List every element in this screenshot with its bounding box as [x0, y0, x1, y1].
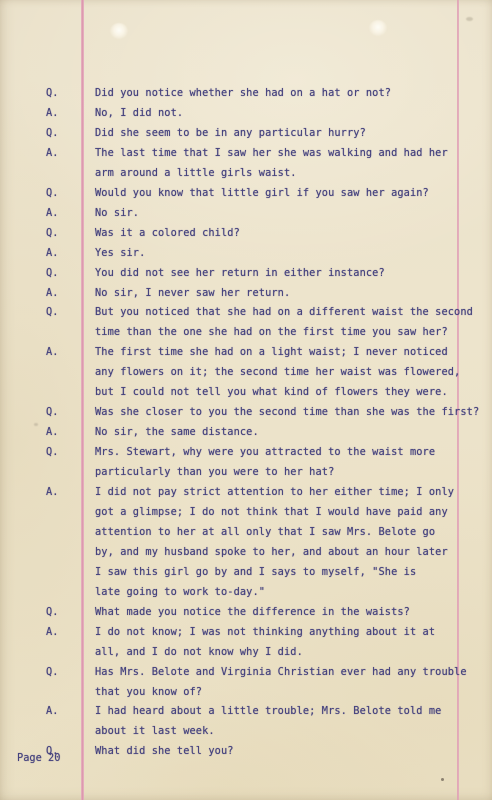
line-text: that you know of?	[95, 686, 486, 699]
transcript-line: A.No sir, I never saw her return.	[46, 287, 486, 300]
line-text: Has Mrs. Belote and Virginia Christian e…	[95, 666, 486, 679]
speaker-label: A.	[46, 147, 95, 160]
line-text: Yes sir.	[95, 247, 486, 260]
line-text: I saw this girl go by and I says to myse…	[95, 566, 486, 579]
line-text: any flowers on it; the second time her w…	[95, 366, 486, 379]
speaker-label: A.	[46, 107, 95, 120]
line-text: I did not pay strict attention to her ei…	[95, 486, 486, 499]
transcript-line: particularly than you were to her hat?	[46, 466, 486, 479]
transcript-line: A.No, I did not.	[46, 107, 486, 120]
transcript-line: Q.Was it a colored child?	[46, 227, 486, 240]
speaker-label: Q.	[46, 267, 95, 280]
line-text: What made you notice the difference in t…	[95, 606, 486, 619]
transcript-line: A.I do not know; I was not thinking anyt…	[46, 626, 486, 639]
line-text: But you noticed that she had on a differ…	[95, 306, 486, 319]
transcript-line: any flowers on it; the second time her w…	[46, 366, 486, 379]
document-page: Q.Did you notice whether she had on a ha…	[0, 0, 492, 800]
speaker-label: A.	[46, 486, 95, 499]
speaker-label: Q.	[46, 606, 95, 619]
speaker-label: A.	[46, 287, 95, 300]
transcript-line: that you know of?	[46, 686, 486, 699]
transcript: Q.Did you notice whether she had on a ha…	[0, 0, 492, 800]
transcript-line: Q.Mrs. Stewart, why were you attracted t…	[46, 446, 486, 459]
line-text: No sir, the same distance.	[95, 426, 486, 439]
line-text: Would you know that little girl if you s…	[95, 187, 486, 200]
line-text: Mrs. Stewart, why were you attracted to …	[95, 446, 486, 459]
line-text: late going to work to-day."	[95, 586, 486, 599]
line-text: arm around a little girls waist.	[95, 167, 486, 180]
speaker-label: Q.	[46, 406, 95, 419]
transcript-line: time than the one she had on the first t…	[46, 326, 486, 339]
line-text: No sir, I never saw her return.	[95, 287, 486, 300]
line-text: by, and my husband spoke to her, and abo…	[95, 546, 486, 559]
transcript-line: got a glimpse; I do not think that I wou…	[46, 506, 486, 519]
speaker-label: A.	[46, 346, 95, 359]
speaker-label: Q.	[46, 306, 95, 319]
transcript-line: Q.Would you know that little girl if you…	[46, 187, 486, 200]
speaker-label: A.	[46, 626, 95, 639]
speaker-label: A.	[46, 207, 95, 220]
transcript-line: A.No sir.	[46, 207, 486, 220]
speaker-label: Q.	[46, 227, 95, 240]
transcript-line: Q.Was she closer to you the second time …	[46, 406, 486, 419]
transcript-line: arm around a little girls waist.	[46, 167, 486, 180]
transcript-line: Q.Did you notice whether she had on a ha…	[46, 87, 486, 100]
speaker-label: A.	[46, 247, 95, 260]
transcript-line: about it last week.	[46, 725, 486, 738]
line-text: got a glimpse; I do not think that I wou…	[95, 506, 486, 519]
transcript-line: A.The last time that I saw her she was w…	[46, 147, 486, 160]
transcript-line: I saw this girl go by and I says to myse…	[46, 566, 486, 579]
line-text: all, and I do not know why I did.	[95, 646, 486, 659]
transcript-line: A.Yes sir.	[46, 247, 486, 260]
transcript-line: by, and my husband spoke to her, and abo…	[46, 546, 486, 559]
transcript-line: late going to work to-day."	[46, 586, 486, 599]
speaker-label: Q.	[46, 187, 95, 200]
transcript-line: A.No sir, the same distance.	[46, 426, 486, 439]
line-text: No sir.	[95, 207, 486, 220]
page-number-label: Page 20	[17, 752, 60, 765]
line-text: Was she closer to you the second time th…	[95, 406, 486, 419]
line-text: but I could not tell you what kind of fl…	[95, 386, 486, 399]
speaker-label: A.	[46, 426, 95, 439]
line-text: No, I did not.	[95, 107, 486, 120]
transcript-line: A.I had heard about a little trouble; Mr…	[46, 705, 486, 718]
line-text: particularly than you were to her hat?	[95, 466, 486, 479]
speaker-label: Q.	[46, 446, 95, 459]
speaker-label: Q.	[46, 127, 95, 140]
line-text: What did she tell you?	[95, 745, 486, 758]
transcript-line: attention to her at all only that I saw …	[46, 526, 486, 539]
line-text: attention to her at all only that I saw …	[95, 526, 486, 539]
line-text: The first time she had on a light waist;…	[95, 346, 486, 359]
line-text: I do not know; I was not thinking anythi…	[95, 626, 486, 639]
line-text: I had heard about a little trouble; Mrs.…	[95, 705, 486, 718]
transcript-line: Q.You did not see her return in either i…	[46, 267, 486, 280]
transcript-line: but I could not tell you what kind of fl…	[46, 386, 486, 399]
transcript-line: A.The first time she had on a light wais…	[46, 346, 486, 359]
line-text: Did you notice whether she had on a hat …	[95, 87, 486, 100]
transcript-line: Q.What did she tell you?	[46, 745, 486, 758]
transcript-line: A.I did not pay strict attention to her …	[46, 486, 486, 499]
line-text: time than the one she had on the first t…	[95, 326, 486, 339]
transcript-line: Q.Did she seem to be in any particular h…	[46, 127, 486, 140]
transcript-line: Q.Has Mrs. Belote and Virginia Christian…	[46, 666, 486, 679]
speaker-label: Q.	[46, 87, 95, 100]
line-text: about it last week.	[95, 725, 486, 738]
speaker-label: Q.	[46, 666, 95, 679]
line-text: The last time that I saw her she was wal…	[95, 147, 486, 160]
transcript-line: Q.What made you notice the difference in…	[46, 606, 486, 619]
line-text: Was it a colored child?	[95, 227, 486, 240]
line-text: Did she seem to be in any particular hur…	[95, 127, 486, 140]
transcript-line: Q.But you noticed that she had on a diff…	[46, 306, 486, 319]
speaker-label: A.	[46, 705, 95, 718]
line-text: You did not see her return in either ins…	[95, 267, 486, 280]
transcript-line: all, and I do not know why I did.	[46, 646, 486, 659]
